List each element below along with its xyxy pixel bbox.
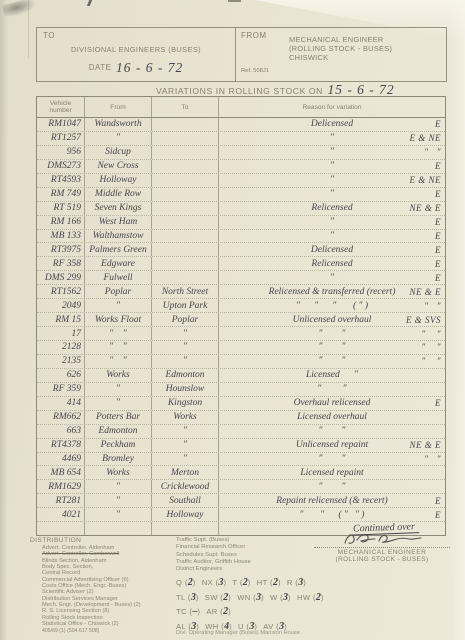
garage-code-close: ): [197, 607, 200, 616]
table-row: DMS273New Cross″E: [37, 160, 445, 174]
cell-reason: ″ ″: [219, 425, 445, 438]
reason-text: Unlicensed overhaul: [293, 315, 372, 325]
cell-reason: Repaint relicensed (& recert)E: [219, 494, 445, 507]
cell-vehicle-number: RF 359: [37, 383, 85, 396]
cell-vehicle-number: RF 358: [37, 257, 85, 270]
paper-crease: [28, 0, 29, 58]
recipient-item: Financial Research Officer: [176, 544, 326, 551]
reason-text: ″ ″: [319, 342, 346, 352]
cell-vehicle-number: 663: [37, 425, 85, 438]
district-code: E: [435, 245, 441, 255]
garage-code: TC (: [176, 607, 192, 616]
cell-reason: ″E & NE: [219, 132, 445, 145]
cell-to: [152, 216, 219, 229]
cell-reason: Licensed ″: [219, 369, 445, 382]
garage-code: Q (: [176, 578, 188, 587]
cell-to: [152, 243, 219, 256]
district-code: E: [435, 189, 441, 199]
cell-reason: Relicensed & transferred (recert)NE & E: [219, 285, 445, 298]
cell-from: Fulwell: [85, 271, 152, 284]
table-row: MB 654WorksMertonLicensed repaint: [37, 466, 445, 480]
table-row: RF 358EdgwareRelicensedE: [37, 257, 445, 271]
signature-block: MECHANICAL ENGINEER (ROLLING STOCK - BUS…: [312, 531, 452, 563]
cell-to: North Street: [152, 285, 219, 298]
table-row: RM 749Middle Row″E: [37, 188, 445, 202]
reason-text: ″: [330, 133, 334, 143]
reason-text: Unlicensed repaint: [296, 440, 368, 450]
district-code: E: [435, 231, 441, 241]
address-box-divider: [235, 28, 236, 81]
cell-from: [85, 522, 152, 535]
cell-vehicle-number: 4021: [37, 508, 85, 521]
distribution-item: Statistical Office - Chiswick (2): [42, 621, 182, 627]
garage-code-close: ): [261, 593, 264, 602]
reason-text: ″: [330, 231, 334, 241]
cell-vehicle-number: RT1562: [37, 285, 85, 298]
district-code: ″ ″: [422, 356, 442, 366]
reason-text: ″: [330, 189, 334, 199]
cell-to: Hounslow: [152, 383, 219, 396]
cell-reason: DelicensedE: [219, 118, 445, 131]
garage-code: NX (: [202, 578, 219, 587]
cell-to: ″: [152, 453, 219, 466]
allocation-pair: W (3): [270, 587, 291, 604]
cell-to: [152, 188, 219, 201]
cell-to: ″: [152, 327, 219, 340]
table-row: RT1257″″E & NE: [37, 132, 445, 146]
table-row: 17″ ″″″ ″″ ″: [37, 327, 445, 341]
reason-text: ″: [330, 147, 334, 157]
table-row: RT4378Peckham″Unlicensed repaintNE & E: [37, 439, 445, 453]
district-code: E & NE: [410, 175, 442, 185]
cell-vehicle-number: DMS 299: [37, 271, 85, 284]
cell-to: [152, 146, 219, 159]
signature-dotted-line: [314, 547, 450, 548]
cell-to: ″: [152, 355, 219, 368]
cell-to: ″: [152, 341, 219, 354]
garage-code: HW (: [297, 593, 316, 602]
district-code: E: [435, 217, 441, 227]
garage-code-close: ): [193, 578, 196, 587]
allocation-codes: Q (2)NX (3)T (2)HT (2)R (3)TL (3)SW (2)W…: [176, 572, 330, 630]
cell-from: Edgware: [85, 257, 152, 270]
date-label: DATE: [89, 63, 112, 72]
allocation-line: Q (2)NX (3)T (2)HT (2)R (3): [176, 572, 330, 587]
cell-vehicle-number: RM 749: [37, 188, 85, 201]
col-header-vehicle: Vehiclenumber: [37, 97, 85, 117]
distribution-list: Advert. Controller, AldenhamAdvert. Cont…: [42, 545, 182, 634]
cell-vehicle-number: RM1629: [37, 480, 85, 493]
district-code: E: [435, 398, 441, 408]
district-code: E: [435, 259, 441, 269]
reason-text: ″: [330, 273, 334, 283]
table-row: 956Sidcup″″ ″: [37, 146, 445, 160]
table-row: RF 359″Hounslow″ ″: [37, 383, 445, 397]
cell-to: [152, 174, 219, 187]
garage-code: T (: [232, 578, 242, 587]
allocation-line: AL (3)WH (4)U (3)AV (3): [176, 616, 330, 631]
cell-to: [152, 118, 219, 131]
cell-reason: ″ ″ ″ ( ″ )″ ″: [219, 299, 445, 312]
table-row: MB 133Walthamstow″E: [37, 230, 445, 244]
table-row: RM1629″Cricklewood″ ″: [37, 480, 445, 494]
table-row: RM1047WandsworthDelicensedE: [37, 118, 445, 132]
table-row: 626WorksEdmontonLicensed ″: [37, 369, 445, 383]
cell-to: Works: [152, 411, 219, 424]
cell-vehicle-number: RT3975: [37, 243, 85, 256]
table-row: 2049″Upton Park″ ″ ″ ( ″ )″ ″: [37, 299, 445, 313]
cell-from: ″ ″: [85, 355, 152, 368]
cell-to: Edmonton: [152, 369, 219, 382]
cell-to: [152, 230, 219, 243]
cell-vehicle-number: [37, 522, 85, 535]
table-body: RM1047WandsworthDelicensedERT1257″″E & N…: [37, 118, 445, 535]
cell-reason: RelicensedE: [219, 257, 445, 270]
cell-from: ″ ″: [85, 327, 152, 340]
to-value: DIVISIONAL ENGINEERS (BUSES): [37, 45, 235, 54]
reason-text: ″ ″: [319, 426, 346, 436]
cell-vehicle-number: RM 166: [37, 216, 85, 229]
bottom-recipient: Divl. Operating Manager (Buses) Mansion …: [176, 630, 300, 636]
district-code: NE & E: [410, 287, 442, 297]
cell-reason: ″E: [219, 216, 445, 229]
from-line-2: (ROLLING STOCK - BUSES): [289, 44, 392, 53]
to-label: TO: [43, 31, 55, 40]
cell-reason: ″E: [219, 230, 445, 243]
cell-from: ″: [85, 132, 152, 145]
cell-from: Poplar: [85, 285, 152, 298]
scan-mark: [87, 0, 92, 6]
cell-from: Seven Kings: [85, 202, 152, 215]
cell-reason: Unlicensed repaintNE & E: [219, 439, 445, 452]
cell-from: Edmonton: [85, 425, 152, 438]
reason-text: Overhaul relicensed: [294, 398, 371, 408]
garage-code: HT (: [257, 578, 273, 587]
table-row: 4021″Holloway″ ″ ( ″ ″ )E: [37, 508, 445, 522]
scanned-form-page: { "header": { "to_label": "TO", "to_valu…: [0, 0, 465, 640]
allocation-pair: WN (3): [237, 587, 264, 604]
cell-from: Holloway: [85, 174, 152, 187]
cell-from: ″ ″: [85, 341, 152, 354]
reason-text: ″ ″: [319, 482, 346, 492]
cell-vehicle-number: RM 15: [37, 313, 85, 326]
signatory-title-2: (ROLLING STOCK - BUSES): [312, 556, 452, 563]
garage-code: WN (: [237, 593, 256, 602]
table-row: RM662Potters BarWorksLicensed overhaul: [37, 411, 445, 425]
recipients-list: Traffic Supt. (Buses)Financial Research …: [176, 537, 326, 573]
cell-vehicle-number: 17: [37, 327, 85, 340]
district-code: NE & E: [410, 440, 442, 450]
cell-to: ″: [152, 439, 219, 452]
cell-from: Works: [85, 466, 152, 479]
district-code: ″ ″: [422, 329, 442, 339]
cell-from: ″: [85, 494, 152, 507]
garage-code: R (: [287, 578, 298, 587]
col-header-reason: Reason for variation: [219, 97, 445, 117]
cell-to: Holloway: [152, 508, 219, 521]
cell-vehicle-number: 626: [37, 369, 85, 382]
district-code: ″ ″: [424, 301, 441, 311]
cell-to: ″: [152, 425, 219, 438]
cell-reason: Licensed repaint: [219, 466, 445, 479]
title-date-handwritten: 15 - 6 - 72: [327, 82, 394, 97]
ref-number: Ref. 508J1: [241, 68, 269, 74]
table-row: 2135″ ″″″ ″″ ″: [37, 355, 445, 369]
cell-to: [152, 160, 219, 173]
district-code: E: [435, 496, 441, 506]
cell-from: Potters Bar: [85, 411, 152, 424]
cell-from: Bromley: [85, 453, 152, 466]
table-row: RT281″SouthallRepaint relicensed (& rece…: [37, 494, 445, 508]
cell-from: Peckham: [85, 439, 152, 452]
date-handwritten: 16 - 6 - 72: [116, 60, 183, 75]
table-row: RM 166West Ham″E: [37, 216, 445, 230]
cell-reason: ″ ″″ ″: [219, 341, 445, 354]
col-header-from: From: [85, 97, 152, 117]
cell-reason: ″ ″: [219, 383, 445, 396]
reason-text: ″ ″ ( ″ ″ ): [300, 510, 365, 520]
cell-from: Works Float: [85, 313, 152, 326]
recipient-item: Schedules Supt. Buses: [176, 552, 326, 559]
cell-to: [152, 132, 219, 145]
cell-vehicle-number: RT4378: [37, 439, 85, 452]
cell-from: Walthamstow: [85, 230, 152, 243]
cell-reason: ″ ″ ( ″ ″ )E: [219, 508, 445, 521]
cell-to: Upton Park: [152, 299, 219, 312]
reason-text: Relicensed: [311, 203, 352, 213]
cell-from: ″: [85, 397, 152, 410]
from-value: MECHANICAL ENGINEER (ROLLING STOCK - BUS…: [289, 35, 392, 62]
reason-text: Delicensed: [311, 245, 353, 255]
cell-from: Wandsworth: [85, 118, 152, 131]
cell-from: Middle Row: [85, 188, 152, 201]
cell-reason: ″ ″: [219, 480, 445, 493]
scan-left-shadow: [0, 0, 8, 640]
scan-right-edge: [450, 0, 465, 640]
reason-text: ″: [330, 161, 334, 171]
cell-vehicle-number: 2135: [37, 355, 85, 368]
cell-from: ″: [85, 480, 152, 493]
cell-from: Palmers Green: [85, 243, 152, 256]
cell-to: [152, 271, 219, 284]
cell-vehicle-number: RT 519: [37, 202, 85, 215]
cell-from: Sidcup: [85, 146, 152, 159]
district-code: E: [435, 119, 441, 129]
table-row: 2128″ ″″″ ″″ ″: [37, 341, 445, 355]
reason-text: Relicensed: [311, 259, 352, 269]
reason-text: ″ ″: [319, 329, 346, 339]
reason-text: Repaint relicensed (& recert): [276, 496, 387, 506]
col-header-to: To: [152, 97, 219, 117]
cell-from: ″: [85, 383, 152, 396]
garage-code: AR (: [206, 607, 223, 616]
cell-to: Southall: [152, 494, 219, 507]
district-code: NE & E: [410, 203, 442, 213]
cell-to: [152, 257, 219, 270]
cell-to: Merton: [152, 466, 219, 479]
scan-mark: [228, 0, 241, 2]
signature-scribble: [327, 531, 437, 547]
garage-code-close: ): [228, 607, 231, 616]
cell-vehicle-number: RT1257: [37, 132, 85, 145]
reason-text: Delicensed: [311, 119, 353, 129]
cell-reason: ″E: [219, 188, 445, 201]
recipient-item: Traffic Supt. (Buses): [176, 537, 326, 544]
table-header-row: Vehiclenumber From To Reason for variati…: [37, 97, 445, 118]
from-line-3: CHISWICK: [289, 53, 392, 62]
table-row: RM 15Works FloatPoplarUnlicensed overhau…: [37, 313, 445, 327]
table-row: RT3975Palmers GreenDelicensedE: [37, 243, 445, 257]
cell-vehicle-number: 2128: [37, 341, 85, 354]
reason-text: Relicensed & transferred (recert): [269, 287, 396, 297]
cell-to: [152, 202, 219, 215]
cell-vehicle-number: RT4593: [37, 174, 85, 187]
cell-vehicle-number: RM662: [37, 411, 85, 424]
cell-reason: RelicensedNE & E: [219, 202, 445, 215]
cell-reason: ″ ″″ ″: [219, 355, 445, 368]
garage-code-close: ): [288, 593, 291, 602]
reason-text: Licensed overhaul: [297, 412, 367, 422]
ink-smudge: [2, 0, 38, 19]
reason-text: ″ ″ ″ ( ″ ): [296, 301, 368, 311]
reason-text: Licensed ″: [306, 370, 358, 380]
garage-code-close: ): [223, 578, 226, 587]
cell-vehicle-number: 2049: [37, 299, 85, 312]
district-code: E & NE: [410, 133, 442, 143]
reason-text: ″: [330, 217, 334, 227]
district-code: ″ ″: [424, 147, 441, 157]
reason-text: ″: [330, 175, 334, 185]
table-row: 663Edmonton″″ ″: [37, 425, 445, 439]
table-row: RT1562PoplarNorth StreetRelicensed & tra…: [37, 285, 445, 299]
district-code: E: [435, 161, 441, 171]
cell-vehicle-number: RM1047: [37, 118, 85, 131]
cell-reason: ″E & NE: [219, 174, 445, 187]
reason-text: ″ ″: [317, 384, 346, 394]
table-row: 4469Bromley″″ ″″ ″: [37, 453, 445, 467]
date-line: DATE 16 - 6 - 72: [37, 59, 235, 77]
district-code: ″ ″: [422, 342, 442, 352]
cell-vehicle-number: 4469: [37, 453, 85, 466]
cell-to: Poplar: [152, 313, 219, 326]
cell-reason: DelicensedE: [219, 243, 445, 256]
cell-vehicle-number: 956: [37, 146, 85, 159]
cell-vehicle-number: RT281: [37, 494, 85, 507]
cell-reason: ″ ″″ ″: [219, 327, 445, 340]
signatory-title-1: MECHANICAL ENGINEER: [312, 549, 452, 556]
garage-code-close: ): [278, 578, 281, 587]
from-label: FROM: [241, 31, 267, 40]
recipient-item: Traffic Auditor, Griffith House: [176, 559, 326, 566]
distribution-label: DISTRIBUTION: [30, 537, 81, 544]
print-code: 405/69 (1) (504 617 508): [42, 628, 182, 634]
cell-to: [152, 522, 219, 535]
cell-from: ″: [85, 299, 152, 312]
cell-reason: Licensed overhaul: [219, 411, 445, 424]
cell-to: Cricklewood: [152, 480, 219, 493]
rolling-stock-table: Vehiclenumber From To Reason for variati…: [36, 96, 446, 536]
cell-to: Kingston: [152, 397, 219, 410]
reason-text: ″ ″: [319, 356, 346, 366]
cell-from: ″: [85, 508, 152, 521]
cell-reason: ″E: [219, 271, 445, 284]
reason-text: Licensed repaint: [300, 468, 363, 478]
cell-reason: ″E: [219, 160, 445, 173]
table-row: RT4593Holloway″E & NE: [37, 174, 445, 188]
table-row: RT 519Seven KingsRelicensedNE & E: [37, 202, 445, 216]
garage-code-close: ): [303, 578, 306, 587]
title-printed: VARIATIONS IN ROLLING STOCK ON: [156, 86, 323, 96]
cell-vehicle-number: DMS273: [37, 160, 85, 173]
table-row: DMS 299Fulwell″E: [37, 271, 445, 285]
allocation-line: TL (3)SW (2)WN (3)W (3)HW (2): [176, 587, 330, 602]
allocation-pair: HW (2): [297, 587, 324, 604]
cell-reason: Unlicensed overhaulE & SVS: [219, 313, 445, 326]
cell-vehicle-number: MB 133: [37, 230, 85, 243]
address-box: TO DIVISIONAL ENGINEERS (BUSES) DATE 16 …: [36, 27, 447, 82]
district-code: E: [435, 273, 441, 283]
table-row: 414″KingstonOverhaul relicensedE: [37, 397, 445, 411]
reason-text: ″ ″: [319, 454, 346, 464]
cell-reason: ″″ ″: [219, 146, 445, 159]
cell-from: West Ham: [85, 216, 152, 229]
from-line-1: MECHANICAL ENGINEER: [289, 35, 392, 44]
cell-vehicle-number: 414: [37, 397, 85, 410]
district-code: ″ ″: [424, 454, 441, 464]
garage-code-close: ): [248, 578, 251, 587]
district-code: E: [435, 510, 441, 520]
cell-vehicle-number: MB 654: [37, 466, 85, 479]
cell-reason: Overhaul relicensedE: [219, 397, 445, 410]
garage-code-close: ): [321, 593, 324, 602]
cell-from: Works: [85, 369, 152, 382]
cell-reason: ″ ″″ ″: [219, 453, 445, 466]
cell-from: New Cross: [85, 160, 152, 173]
district-code: E & SVS: [406, 315, 441, 325]
garage-code: W (: [270, 593, 283, 602]
